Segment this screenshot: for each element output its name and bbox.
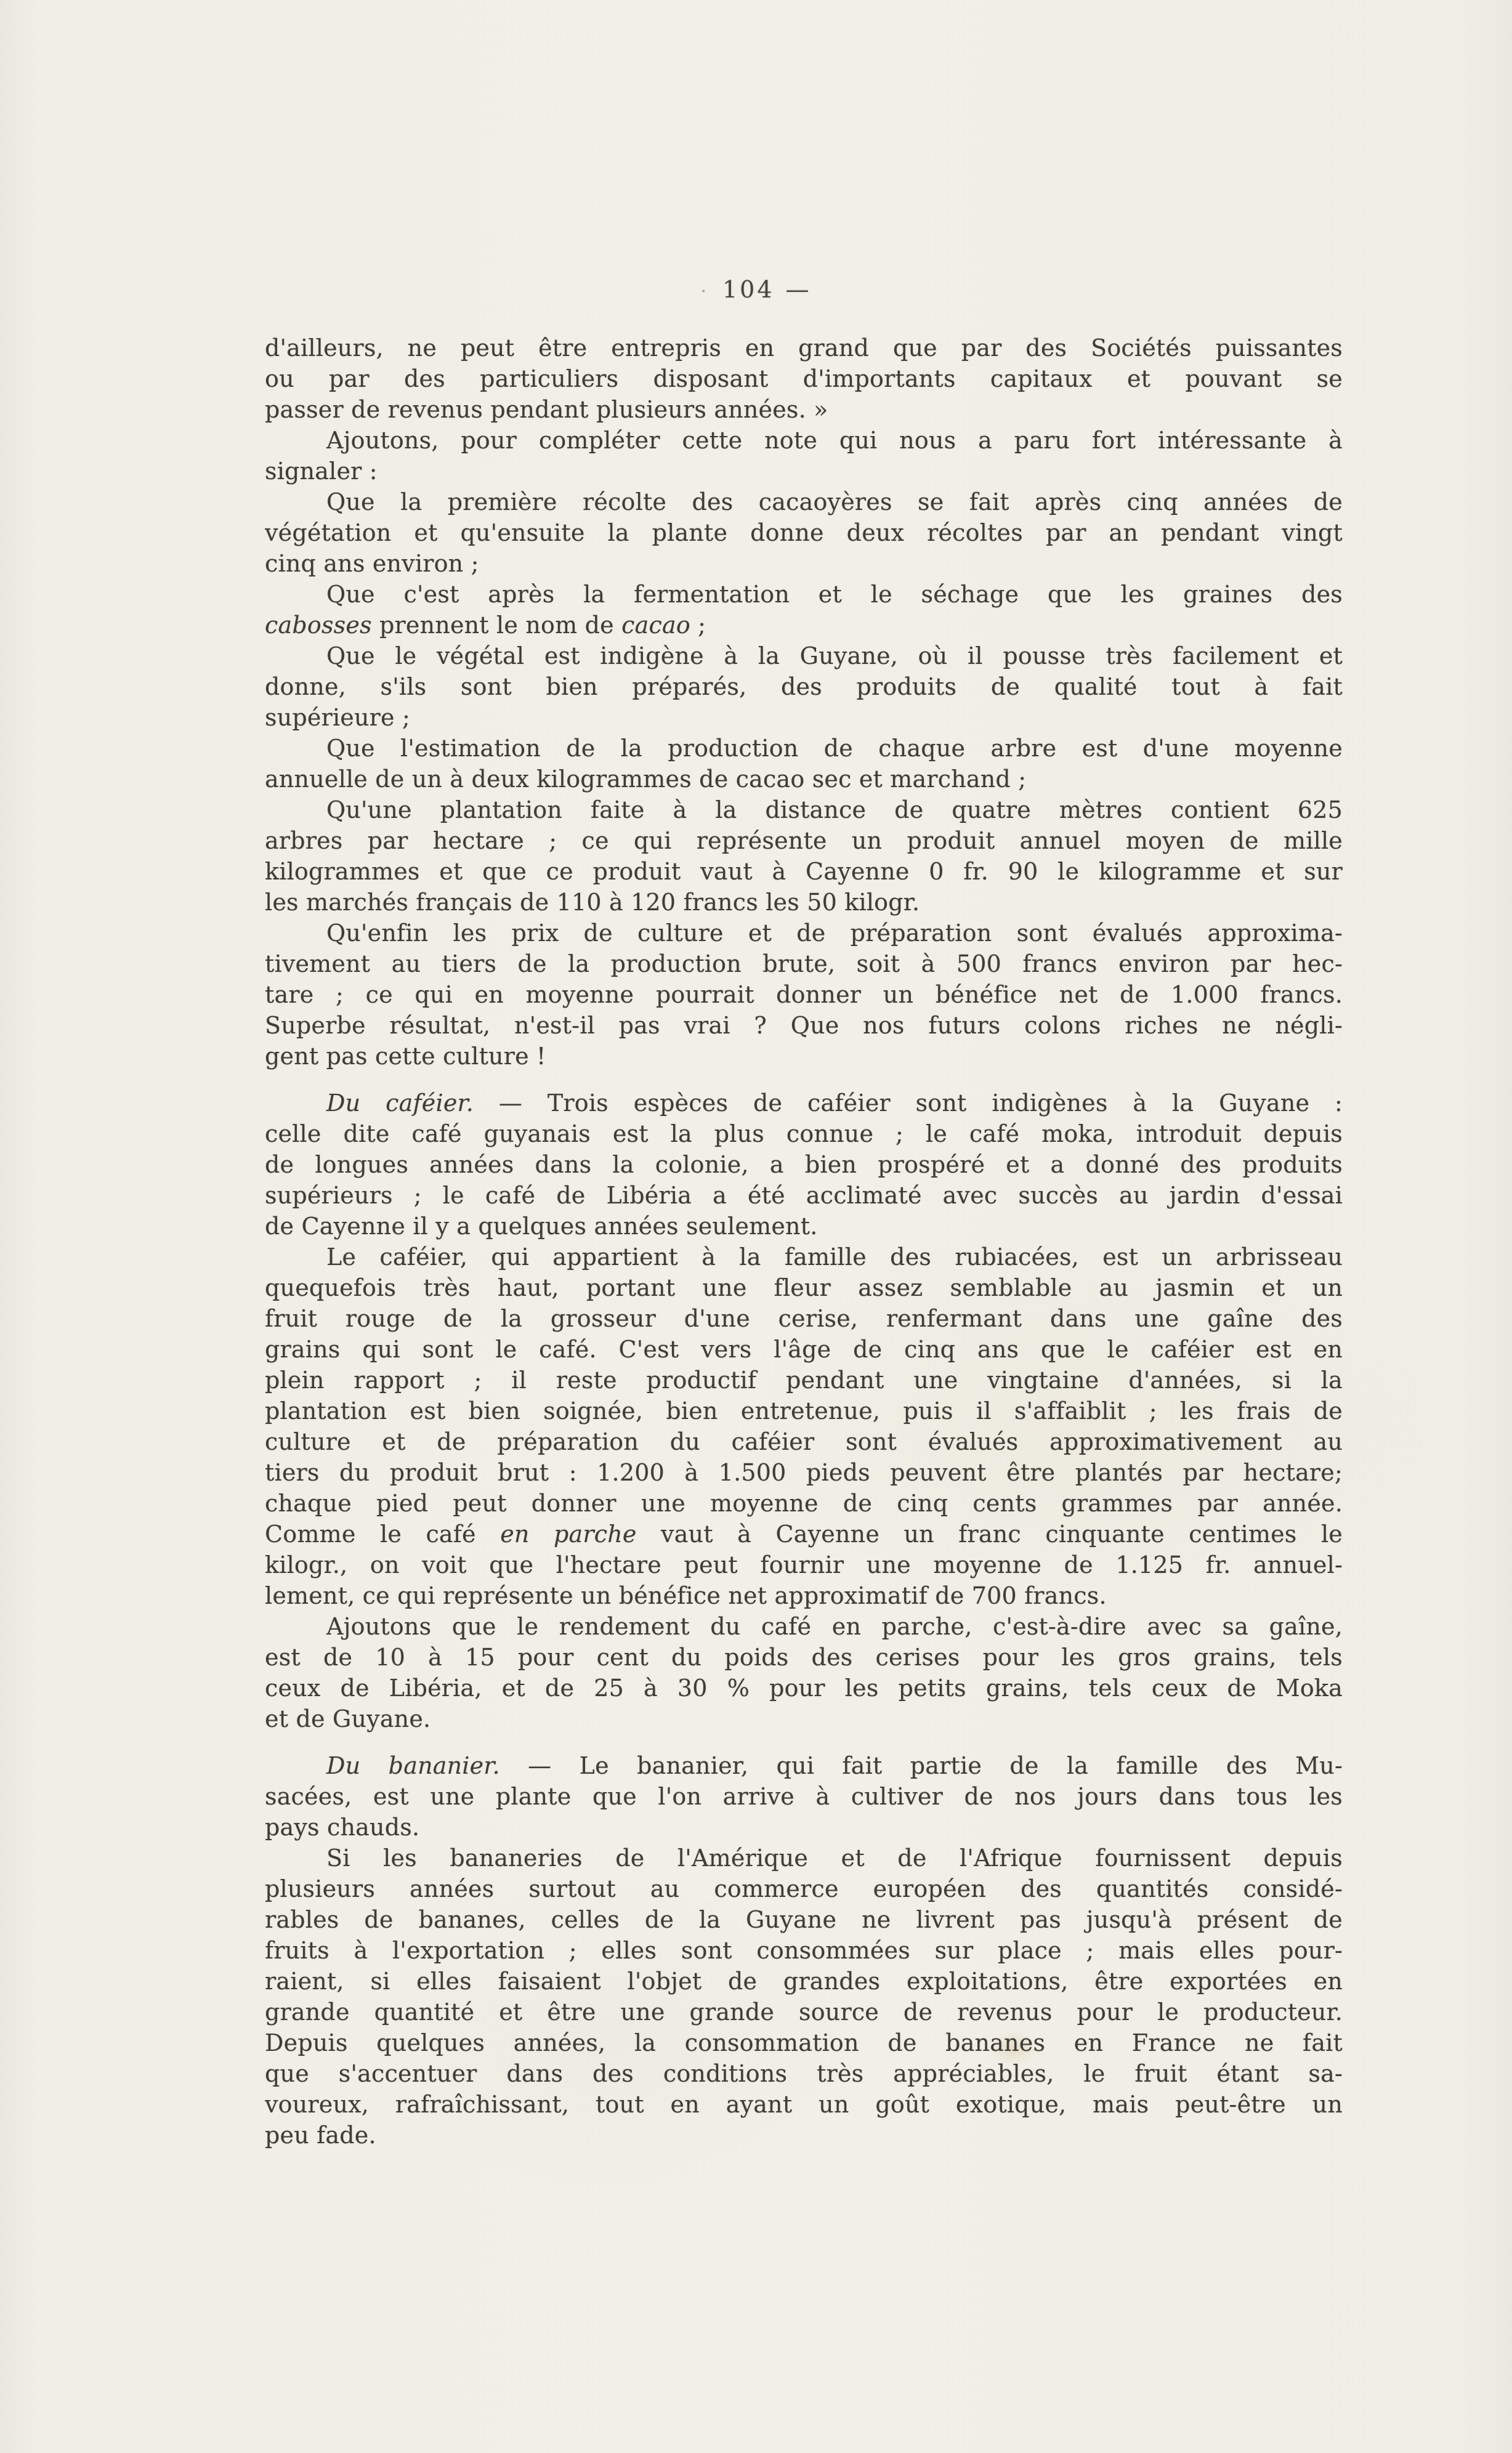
- text-line: passer de revenus pendant plusieurs anné…: [265, 394, 1343, 425]
- text-line: de Cayenne il y a quelques années seulem…: [265, 1211, 1343, 1242]
- text-segment: Que l'estimation de la production de cha…: [326, 735, 1343, 762]
- text-line: supérieurs ; le café de Libéria a été ac…: [265, 1180, 1343, 1211]
- text-segment: passer de revenus pendant plusieurs anné…: [265, 396, 828, 423]
- text-line: tiers du produit brut : 1.200 à 1.500 pi…: [265, 1457, 1343, 1488]
- text-segment: plusieurs années surtout au commerce eur…: [265, 1875, 1343, 1902]
- text-line: pays chauds.: [265, 1812, 1343, 1843]
- text-line: supérieure ;: [265, 702, 1343, 733]
- text-segment: tiers du produit brut : 1.200 à 1.500 pi…: [265, 1459, 1343, 1486]
- text-line: Du caféier. — Trois espèces de caféier s…: [265, 1088, 1343, 1118]
- text-segment: grains qui sont le café. C'est vers l'âg…: [265, 1336, 1343, 1363]
- text-line: grains qui sont le café. C'est vers l'âg…: [265, 1334, 1343, 1365]
- text-line: fruit rouge de la grosseur d'une cerise,…: [265, 1303, 1343, 1334]
- text-line: peu fade.: [265, 2120, 1343, 2151]
- text-line: tare ; ce qui en moyenne pourrait donner…: [265, 979, 1343, 1010]
- text-segment: supérieurs ; le café de Libéria a été ac…: [265, 1182, 1343, 1209]
- page-header-left-dash: ·: [700, 281, 709, 302]
- page-header-right-dash: —: [786, 276, 812, 303]
- text-line: gent pas cette culture !: [265, 1041, 1343, 1072]
- text-segment: tare ; ce qui en moyenne pourrait donner…: [265, 981, 1343, 1008]
- page-number: 104: [722, 276, 775, 303]
- text-line: Comme le café en parche vaut à Cayenne u…: [265, 1519, 1343, 1550]
- text-segment: fruits à l'exportation ; elles sont cons…: [265, 1937, 1343, 1964]
- text-segment: grande quantité et être une grande sourc…: [265, 1998, 1343, 2026]
- text-line: Ajoutons que le rendement du café en par…: [265, 1611, 1343, 1642]
- text-line: que s'accentuer dans des conditions très…: [265, 2058, 1343, 2089]
- text-segment: ou par des particuliers disposant d'impo…: [265, 365, 1343, 392]
- text-segment: les marchés français de 110 à 120 francs…: [265, 889, 920, 916]
- text-segment: est de 10 à 15 pour cent du poids des ce…: [265, 1644, 1343, 1671]
- text-segment: quequefois très haut, portant une fleur …: [265, 1274, 1343, 1301]
- text-line: cinq ans environ ;: [265, 548, 1343, 579]
- text-line: quequefois très haut, portant une fleur …: [265, 1272, 1343, 1303]
- text-line: est de 10 à 15 pour cent du poids des ce…: [265, 1642, 1343, 1673]
- text-line: raient, si elles faisaient l'objet de gr…: [265, 1966, 1343, 1997]
- text-line: Que le végétal est indigène à la Guyane,…: [265, 641, 1343, 671]
- text-line: voureux, rafraîchissant, tout en ayant u…: [265, 2089, 1343, 2120]
- text-line: et de Guyane.: [265, 1703, 1343, 1734]
- text-segment: signaler :: [265, 458, 378, 485]
- text-line: végétation et qu'ensuite la plante donne…: [265, 517, 1343, 548]
- text-segment: peu fade.: [265, 2122, 376, 2149]
- text-segment: kilogr., on voit que l'hectare peut four…: [265, 1551, 1343, 1578]
- text-segment: Ajoutons, pour compléter cette note qui …: [326, 427, 1343, 454]
- text-segment: Superbe résultat, n'est-il pas vrai ? Qu…: [265, 1012, 1343, 1039]
- page-header: ·104—: [0, 276, 1512, 303]
- text-segment: Que le végétal est indigène à la Guyane,…: [326, 642, 1343, 669]
- text-line: plein rapport ; il reste productif penda…: [265, 1365, 1343, 1396]
- text-segment: tivement au tiers de la production brute…: [265, 950, 1343, 977]
- text-segment: lement, ce qui représente un bénéfice ne…: [265, 1582, 1107, 1609]
- text-segment: que s'accentuer dans des conditions très…: [265, 2060, 1343, 2087]
- text-segment: Comme le café: [265, 1521, 500, 1548]
- text-line: fruits à l'exportation ; elles sont cons…: [265, 1935, 1343, 1966]
- italic-text-segment: cacao: [621, 612, 690, 639]
- text-line: Si les bananeries de l'Amérique et de l'…: [265, 1843, 1343, 1873]
- text-segment: donne, s'ils sont bien préparés, des pro…: [265, 673, 1343, 700]
- text-line: Qu'enfin les prix de culture et de prépa…: [265, 918, 1343, 948]
- text-segment: fruit rouge de la grosseur d'une cerise,…: [265, 1305, 1343, 1332]
- text-line: tivement au tiers de la production brute…: [265, 948, 1343, 979]
- scanned-book-page: ·104— d'ailleurs, ne peut être entrepris…: [0, 0, 1512, 2453]
- text-segment: de longues années dans la colonie, a bie…: [265, 1151, 1343, 1178]
- text-segment: végétation et qu'ensuite la plante donne…: [265, 519, 1343, 546]
- text-line: arbres par hectare ; ce qui représente u…: [265, 825, 1343, 856]
- text-line: culture et de préparation du caféier son…: [265, 1426, 1343, 1457]
- text-segment: plein rapport ; il reste productif penda…: [265, 1367, 1343, 1394]
- text-segment: Si les bananeries de l'Amérique et de l'…: [326, 1845, 1343, 1872]
- text-line: grande quantité et être une grande sourc…: [265, 1997, 1343, 2027]
- text-segment: vaut à Cayenne un franc cinquante centim…: [637, 1521, 1343, 1548]
- text-segment: chaque pied peut donner une moyenne de c…: [265, 1490, 1343, 1517]
- text-segment: Ajoutons que le rendement du café en par…: [326, 1613, 1343, 1640]
- text-segment: prennent le nom de: [372, 612, 621, 639]
- text-line: kilogrammes et que ce produit vaut à Cay…: [265, 856, 1343, 887]
- text-segment: de Cayenne il y a quelques années seulem…: [265, 1213, 817, 1240]
- text-segment: annuelle de un à deux kilogrammes de cac…: [265, 766, 1026, 793]
- text-line: Ajoutons, pour compléter cette note qui …: [265, 425, 1343, 456]
- text-segment: — Trois espèces de caféier sont indigène…: [474, 1089, 1343, 1117]
- text-line: chaque pied peut donner une moyenne de c…: [265, 1488, 1343, 1519]
- text-segment: cinq ans environ ;: [265, 550, 479, 577]
- text-line: ceux de Libéria, et de 25 à 30 % pour le…: [265, 1673, 1343, 1703]
- text-line: Depuis quelques années, la consommation …: [265, 2027, 1343, 2058]
- text-segment: voureux, rafraîchissant, tout en ayant u…: [265, 2091, 1343, 2118]
- text-segment: raient, si elles faisaient l'objet de gr…: [265, 1968, 1343, 1995]
- text-line: ou par des particuliers disposant d'impo…: [265, 363, 1343, 394]
- text-line: cabosses prennent le nom de cacao ;: [265, 610, 1343, 641]
- text-line: Superbe résultat, n'est-il pas vrai ? Qu…: [265, 1010, 1343, 1041]
- italic-text-segment: en parche: [500, 1521, 636, 1548]
- text-line: Le caféier, qui appartient à la famille …: [265, 1242, 1343, 1272]
- text-line: annuelle de un à deux kilogrammes de cac…: [265, 764, 1343, 794]
- text-line: signaler :: [265, 456, 1343, 487]
- text-line: celle dite café guyanais est la plus con…: [265, 1118, 1343, 1149]
- text-segment: arbres par hectare ; ce qui représente u…: [265, 827, 1343, 854]
- text-segment: culture et de préparation du caféier son…: [265, 1428, 1343, 1455]
- text-segment: celle dite café guyanais est la plus con…: [265, 1120, 1343, 1147]
- text-segment: Qu'enfin les prix de culture et de prépa…: [326, 919, 1343, 947]
- text-segment: ;: [690, 612, 706, 639]
- text-line: Du bananier. — Le bananier, qui fait par…: [265, 1750, 1343, 1781]
- text-line: kilogr., on voit que l'hectare peut four…: [265, 1550, 1343, 1580]
- text-line: de longues années dans la colonie, a bie…: [265, 1149, 1343, 1180]
- text-line: sacées, est une plante que l'on arrive à…: [265, 1781, 1343, 1812]
- text-line: Que c'est après la fermentation et le sé…: [265, 579, 1343, 610]
- text-segment: d'ailleurs, ne peut être entrepris en gr…: [265, 334, 1343, 362]
- text-line: plantation est bien soignée, bien entret…: [265, 1396, 1343, 1426]
- text-segment: gent pas cette culture !: [265, 1043, 546, 1070]
- text-segment: sacées, est une plante que l'on arrive à…: [265, 1783, 1343, 1810]
- text-line: les marchés français de 110 à 120 francs…: [265, 887, 1343, 918]
- text-segment: ceux de Libéria, et de 25 à 30 % pour le…: [265, 1675, 1343, 1702]
- text-segment: Que la première récolte des cacaoyères s…: [326, 488, 1343, 515]
- italic-text-segment: Du bananier.: [326, 1752, 500, 1779]
- text-segment: plantation est bien soignée, bien entret…: [265, 1397, 1343, 1425]
- text-segment: Qu'une plantation faite à la distance de…: [326, 796, 1343, 823]
- page-text: d'ailleurs, ne peut être entrepris en gr…: [265, 333, 1343, 2151]
- text-line: plusieurs années surtout au commerce eur…: [265, 1873, 1343, 1904]
- text-segment: rables de bananes, celles de la Guyane n…: [265, 1906, 1343, 1933]
- text-line: donne, s'ils sont bien préparés, des pro…: [265, 671, 1343, 702]
- text-segment: et de Guyane.: [265, 1705, 431, 1732]
- text-line: Qu'une plantation faite à la distance de…: [265, 794, 1343, 825]
- text-line: d'ailleurs, ne peut être entrepris en gr…: [265, 333, 1343, 363]
- text-line: Que la première récolte des cacaoyères s…: [265, 487, 1343, 517]
- text-segment: pays chauds.: [265, 1814, 419, 1841]
- text-segment: kilogrammes et que ce produit vaut à Cay…: [265, 858, 1343, 885]
- text-segment: — Le bananier, qui fait partie de la fam…: [500, 1752, 1343, 1779]
- text-segment: supérieure ;: [265, 704, 410, 731]
- text-line: Que l'estimation de la production de cha…: [265, 733, 1343, 764]
- italic-text-segment: Du caféier.: [326, 1089, 474, 1117]
- text-segment: Que c'est après la fermentation et le sé…: [326, 581, 1343, 608]
- text-line: rables de bananes, celles de la Guyane n…: [265, 1904, 1343, 1935]
- text-segment: Le caféier, qui appartient à la famille …: [326, 1243, 1343, 1271]
- text-segment: Depuis quelques années, la consommation …: [265, 2029, 1343, 2056]
- text-line: lement, ce qui représente un bénéfice ne…: [265, 1580, 1343, 1611]
- italic-text-segment: cabosses: [265, 612, 372, 639]
